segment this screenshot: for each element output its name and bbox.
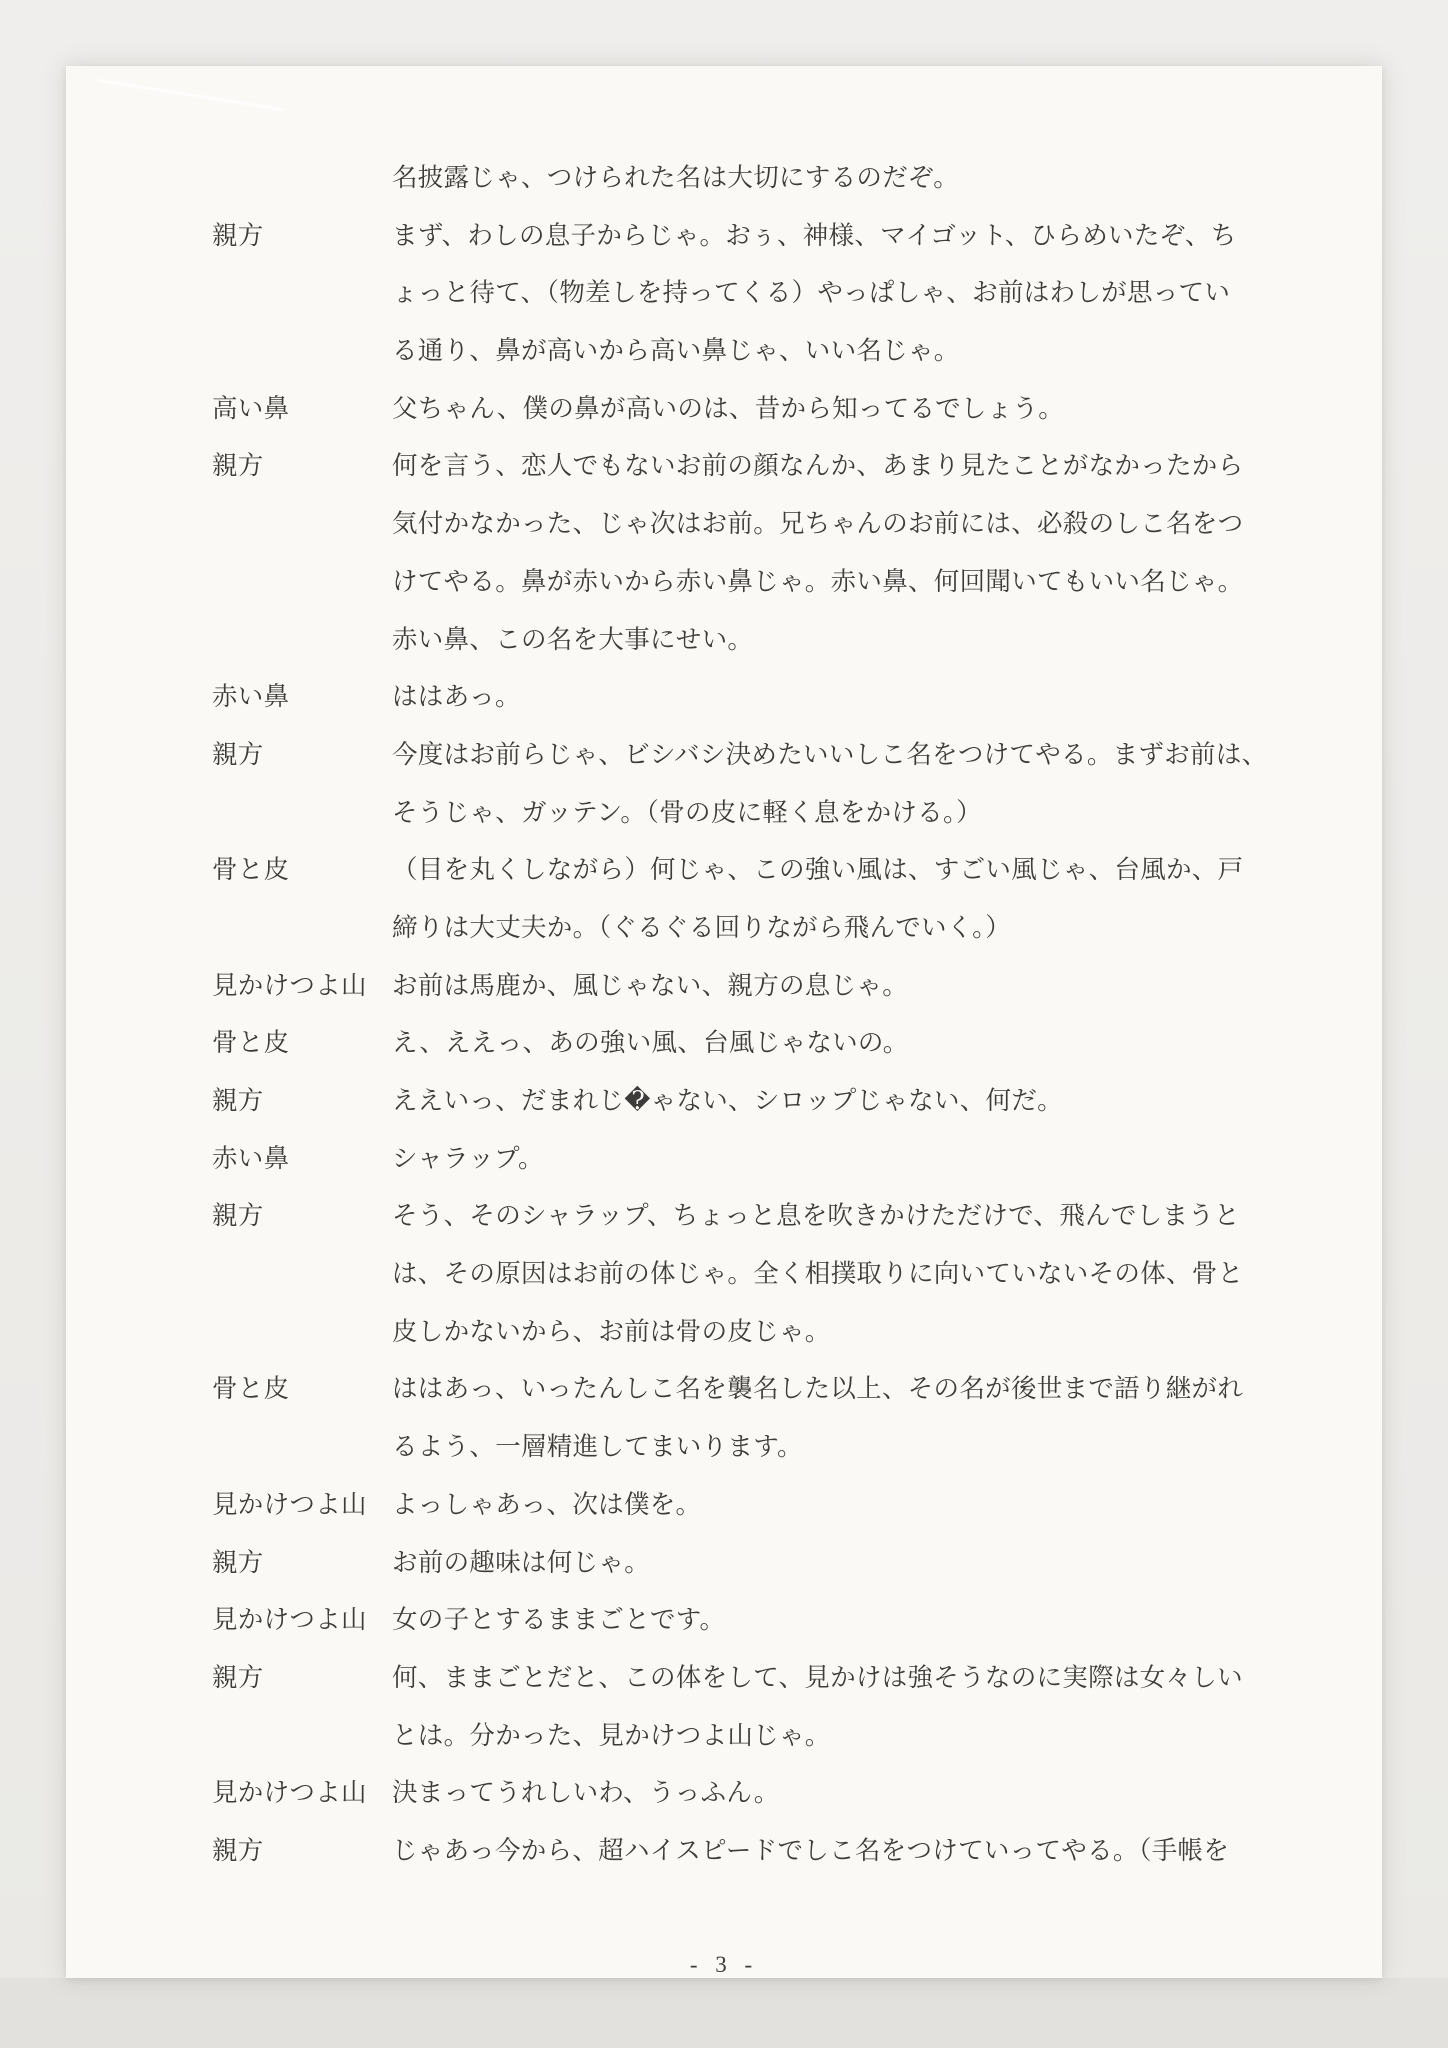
script-line: 赤い鼻シャラップ。: [66, 1139, 1382, 1197]
script-line: 見かけつよ山お前は馬鹿か、風じゃない、親方の息じゃ。: [66, 966, 1382, 1024]
dialogue-text: シャラップ。: [392, 1139, 1262, 1175]
script-line: 親方まず、わしの息子からじゃ。おぅ、神様、マイゴット、ひらめいたぞ、ち: [66, 216, 1382, 274]
dialogue-text: 締りは大丈夫か。（ぐるぐる回りながら飛んでいく。）: [392, 908, 1262, 944]
dialogue-text: 名披露じゃ、つけられた名は大切にするのだぞ。: [392, 158, 1262, 194]
dialogue-text: 今度はお前らじゃ、ビシバシ決めたいいしこ名をつけてやる。まずお前は、: [392, 735, 1267, 771]
dialogue-text: けてやる。鼻が赤いから赤い鼻じゃ。赤い鼻、何回聞いてもいい名じゃ。: [392, 562, 1262, 598]
dialogue-text: お前の趣味は何じゃ。: [392, 1543, 1262, 1579]
dialogue-text: 父ちゃん、僕の鼻が高いのは、昔から知ってるでしょう。: [392, 389, 1262, 425]
script-line: 親方じゃあっ今から、超ハイスピードでしこ名をつけていってやる。（手帳を: [66, 1831, 1382, 1889]
script-line: 締りは大丈夫か。（ぐるぐる回りながら飛んでいく。）: [66, 908, 1382, 966]
script-line: 骨と皮え、ええっ、あの強い風、台風じゃないの。: [66, 1023, 1382, 1081]
script-line: は、その原因はお前の体じゃ。全く相撲取りに向いていないその体、骨と: [66, 1254, 1382, 1312]
scanned-script-page: { "page": { "number_label": "- 3 -" }, "…: [0, 0, 1448, 2048]
script-line: 見かけつよ山よっしゃあっ、次は僕を。: [66, 1485, 1382, 1543]
dialogue-text: 女の子とするままごとです。: [392, 1600, 1262, 1636]
script-line: るよう、一層精進してまいります。: [66, 1427, 1382, 1485]
speaker-name: 高い鼻: [212, 389, 392, 425]
script-line: とは。分かった、見かけつよ山じゃ。: [66, 1716, 1382, 1774]
speaker-name: 親方: [212, 216, 392, 252]
dialogue-text: 何、ままごとだと、この体をして、見かけは強そうなのに実際は女々しい: [392, 1658, 1262, 1694]
dialogue-text: （目を丸くしながら）何じゃ、この強い風は、すごい風じゃ、台風か、戸: [392, 850, 1262, 886]
dialogue-text: ょっと待て、（物差しを持ってくる）やっぱしゃ、お前はわしが思ってい: [392, 273, 1262, 309]
dialogue-text: ええいっ、だまれじ�ゃない、シロップじゃない、何だ。: [392, 1081, 1262, 1117]
speaker-name: 見かけつよ山: [212, 1485, 392, 1521]
dialogue-text: そう、そのシャラップ、ちょっと息を吹きかけただけで、飛んでしまうと: [392, 1196, 1262, 1232]
dialogue-text: まず、わしの息子からじゃ。おぅ、神様、マイゴット、ひらめいたぞ、ち: [392, 216, 1262, 252]
script-line: 親方ええいっ、だまれじ�ゃない、シロップじゃない、何だ。: [66, 1081, 1382, 1139]
script-line: 親方今度はお前らじゃ、ビシバシ決めたいいしこ名をつけてやる。まずお前は、: [66, 735, 1382, 793]
scan-bottom-shadow: [0, 1978, 1448, 2048]
script-line: る通り、鼻が高いから高い鼻じゃ、いい名じゃ。: [66, 331, 1382, 389]
script-line: 高い鼻父ちゃん、僕の鼻が高いのは、昔から知ってるでしょう。: [66, 389, 1382, 447]
script-line: ょっと待て、（物差しを持ってくる）やっぱしゃ、お前はわしが思ってい: [66, 273, 1382, 331]
dialogue-text: え、ええっ、あの強い風、台風じゃないの。: [392, 1023, 1262, 1059]
script-line: そうじゃ、ガッテン。（骨の皮に軽く息をかける。）: [66, 793, 1382, 851]
dialogue-text: は、その原因はお前の体じゃ。全く相撲取りに向いていないその体、骨と: [392, 1254, 1262, 1290]
speaker-name: 赤い鼻: [212, 677, 392, 713]
dialogue-text: 何を言う、恋人でもないお前の顔なんか、あまり見たことがなかったから: [392, 446, 1262, 482]
speaker-name: 骨と皮: [212, 850, 392, 886]
speaker-name: 骨と皮: [212, 1369, 392, 1405]
speaker-name: 親方: [212, 1831, 392, 1867]
script-line: 親方そう、そのシャラップ、ちょっと息を吹きかけただけで、飛んでしまうと: [66, 1196, 1382, 1254]
speaker-name: 骨と皮: [212, 1023, 392, 1059]
script-line: 親方お前の趣味は何じゃ。: [66, 1543, 1382, 1601]
dialogue-text: そうじゃ、ガッテン。（骨の皮に軽く息をかける。）: [392, 793, 1262, 829]
script-line: 親方何、ままごとだと、この体をして、見かけは強そうなのに実際は女々しい: [66, 1658, 1382, 1716]
dialogue-text: ははあっ。: [392, 677, 1262, 713]
dialogue-text: 赤い鼻、この名を大事にせい。: [392, 620, 1262, 656]
script-line: 皮しかないから、お前は骨の皮じゃ。: [66, 1312, 1382, 1370]
dialogue-text: とは。分かった、見かけつよ山じゃ。: [392, 1716, 1262, 1752]
dialogue-text: 決まってうれしいわ、うっふん。: [392, 1773, 1262, 1809]
script-line: けてやる。鼻が赤いから赤い鼻じゃ。赤い鼻、何回聞いてもいい名じゃ。: [66, 562, 1382, 620]
speaker-name: 親方: [212, 1658, 392, 1694]
script-line: 骨と皮（目を丸くしながら）何じゃ、この強い風は、すごい風じゃ、台風か、戸: [66, 850, 1382, 908]
script-line: 見かけつよ山女の子とするままごとです。: [66, 1600, 1382, 1658]
page-number: - 3 -: [66, 1952, 1382, 1978]
script-line: 赤い鼻、この名を大事にせい。: [66, 620, 1382, 678]
speaker-name: 赤い鼻: [212, 1139, 392, 1175]
dialogue-text: よっしゃあっ、次は僕を。: [392, 1485, 1262, 1521]
dialogue-text: ははあっ、いったんしこ名を襲名した以上、その名が後世まで語り継がれ: [392, 1369, 1262, 1405]
document-page: 名披露じゃ、つけられた名は大切にするのだぞ。親方まず、わしの息子からじゃ。おぅ、…: [66, 66, 1382, 1978]
script-line: 骨と皮ははあっ、いったんしこ名を襲名した以上、その名が後世まで語り継がれ: [66, 1369, 1382, 1427]
speaker-name: 見かけつよ山: [212, 1600, 392, 1636]
script-line: 赤い鼻ははあっ。: [66, 677, 1382, 735]
speaker-name: 親方: [212, 1196, 392, 1232]
script-line: 見かけつよ山決まってうれしいわ、うっふん。: [66, 1773, 1382, 1831]
speaker-name: 親方: [212, 446, 392, 482]
dialogue-text: 気付かなかった、じゃ次はお前。兄ちゃんのお前には、必殺のしこ名をつ: [392, 504, 1262, 540]
speaker-name: 親方: [212, 1081, 392, 1117]
script-line: 名披露じゃ、つけられた名は大切にするのだぞ。: [66, 158, 1382, 216]
speaker-name: 親方: [212, 735, 392, 771]
script-line: 親方何を言う、恋人でもないお前の顔なんか、あまり見たことがなかったから: [66, 446, 1382, 504]
script-line: 気付かなかった、じゃ次はお前。兄ちゃんのお前には、必殺のしこ名をつ: [66, 504, 1382, 562]
dialogue-text: 皮しかないから、お前は骨の皮じゃ。: [392, 1312, 1262, 1348]
dialogue-text: るよう、一層精進してまいります。: [392, 1427, 1262, 1463]
scan-artifact: [97, 79, 285, 111]
speaker-name: 親方: [212, 1543, 392, 1579]
speaker-name: 見かけつよ山: [212, 1773, 392, 1809]
script-body: 名披露じゃ、つけられた名は大切にするのだぞ。親方まず、わしの息子からじゃ。おぅ、…: [66, 158, 1382, 1889]
dialogue-text: じゃあっ今から、超ハイスピードでしこ名をつけていってやる。（手帳を: [392, 1831, 1262, 1867]
speaker-name: 見かけつよ山: [212, 966, 392, 1002]
dialogue-text: お前は馬鹿か、風じゃない、親方の息じゃ。: [392, 966, 1262, 1002]
dialogue-text: る通り、鼻が高いから高い鼻じゃ、いい名じゃ。: [392, 331, 1262, 367]
